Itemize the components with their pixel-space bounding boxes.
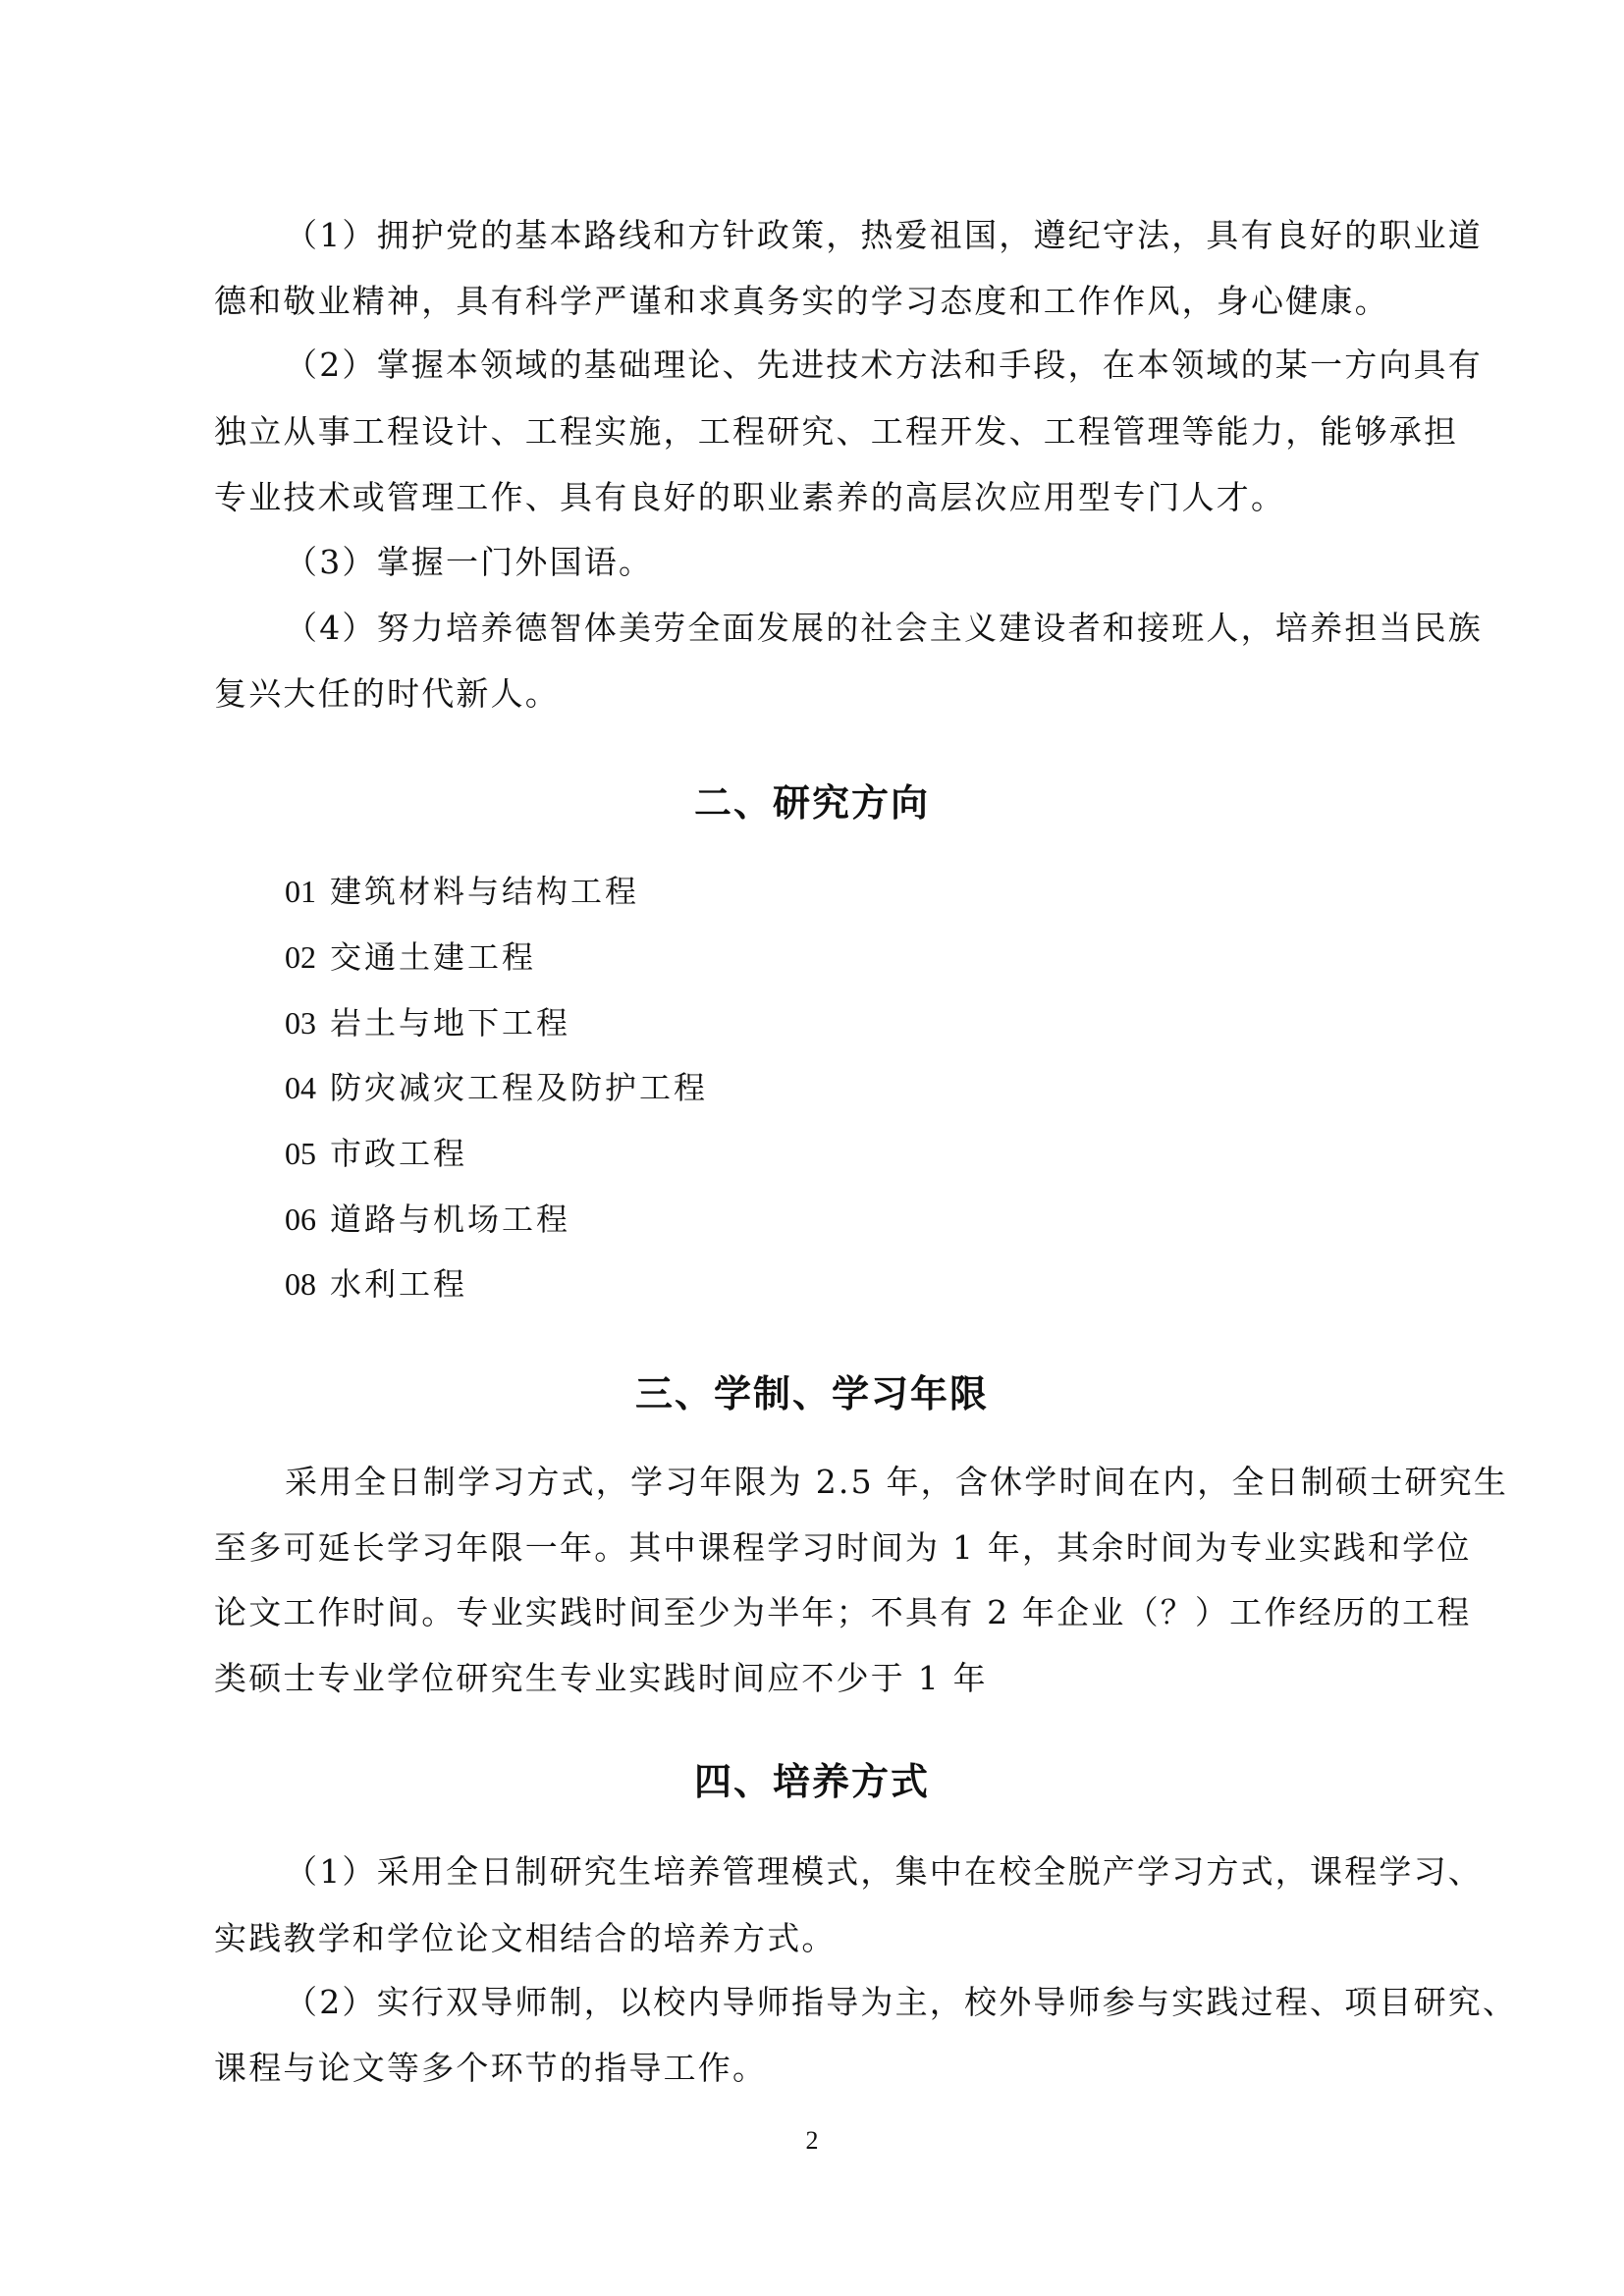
paragraph-line: （1）采用全日制研究生培养管理模式，集中在校全脱产学习方式，课程学习、 (285, 1852, 1407, 1892)
direction-name: 岩土与地下工程 (330, 1004, 570, 1041)
section-heading-research-directions: 二、研究方向 (0, 780, 1624, 826)
list-item: 02交通土建工程 (285, 937, 536, 977)
paragraph-line: 论文工作时间。专业实践时间至少为半年；不具有 2 年企业（？）工作经历的工程 (214, 1593, 1407, 1632)
section-heading-training-mode: 四、培养方式 (0, 1759, 1624, 1804)
direction-code: 05 (285, 1136, 316, 1171)
document-page: （1）拥护党的基本路线和方针政策，热爱祖国，遵纪守法，具有良好的职业道 德和敬业… (0, 0, 1624, 2296)
paragraph-line: 专业技术或管理工作、具有良好的职业素养的高层次应用型专门人才。 (214, 478, 1407, 517)
paragraph-line: （4）努力培养德智体美劳全面发展的社会主义建设者和接班人，培养担当民族 (285, 609, 1407, 648)
list-item: 01建筑材料与结构工程 (285, 872, 639, 911)
list-item: 05市政工程 (285, 1134, 467, 1173)
list-item: 08水利工程 (285, 1264, 467, 1304)
direction-code: 06 (285, 1201, 316, 1237)
paragraph-line: （2）掌握本领域的基础理论、先进技术方法和手段，在本领域的某一方向具有 (285, 346, 1407, 385)
paragraph-line: （3）掌握一门外国语。 (285, 543, 1407, 582)
section-heading-duration: 三、学制、学习年限 (0, 1371, 1624, 1416)
direction-name: 道路与机场工程 (330, 1201, 570, 1238)
paragraph-line: （1）拥护党的基本路线和方针政策，热爱祖国，遵纪守法，具有良好的职业道 (285, 216, 1407, 255)
direction-code: 03 (285, 1005, 316, 1041)
paragraph-line: （2）实行双导师制，以校内导师指导为主，校外导师参与实践过程、项目研究、 (285, 1983, 1407, 2022)
paragraph-line: 类硕士专业学位研究生专业实践时间应不少于 1 年 (214, 1659, 1407, 1698)
direction-name: 防灾减灾工程及防护工程 (330, 1069, 708, 1106)
paragraph-line: 至多可延长学习年限一年。其中课程学习时间为 1 年，其余时间为专业实践和学位 (214, 1528, 1407, 1568)
list-item: 03岩土与地下工程 (285, 1003, 570, 1042)
direction-name: 水利工程 (330, 1265, 467, 1303)
direction-code: 04 (285, 1070, 316, 1105)
paragraph-line: 采用全日制学习方式，学习年限为 2.5 年，含休学时间在内，全日制硕士研究生 (285, 1463, 1407, 1502)
direction-name: 建筑材料与结构工程 (330, 873, 639, 910)
page-number: 2 (0, 2126, 1624, 2156)
paragraph-line: 德和敬业精神，具有科学严谨和求真务实的学习态度和工作作风，身心健康。 (214, 282, 1407, 321)
paragraph-line: 实践教学和学位论文相结合的培养方式。 (214, 1919, 1407, 1958)
direction-name: 市政工程 (330, 1135, 467, 1172)
direction-name: 交通土建工程 (330, 938, 536, 976)
list-item: 06道路与机场工程 (285, 1200, 570, 1239)
paragraph-line: 独立从事工程设计、工程实施，工程研究、工程开发、工程管理等能力，能够承担 (214, 412, 1407, 452)
direction-code: 01 (285, 874, 316, 909)
direction-code: 08 (285, 1266, 316, 1302)
list-item: 04防灾减灾工程及防护工程 (285, 1068, 708, 1107)
paragraph-line: 课程与论文等多个环节的指导工作。 (214, 2049, 1407, 2088)
direction-code: 02 (285, 939, 316, 975)
paragraph-line: 复兴大任的时代新人。 (214, 674, 1407, 714)
